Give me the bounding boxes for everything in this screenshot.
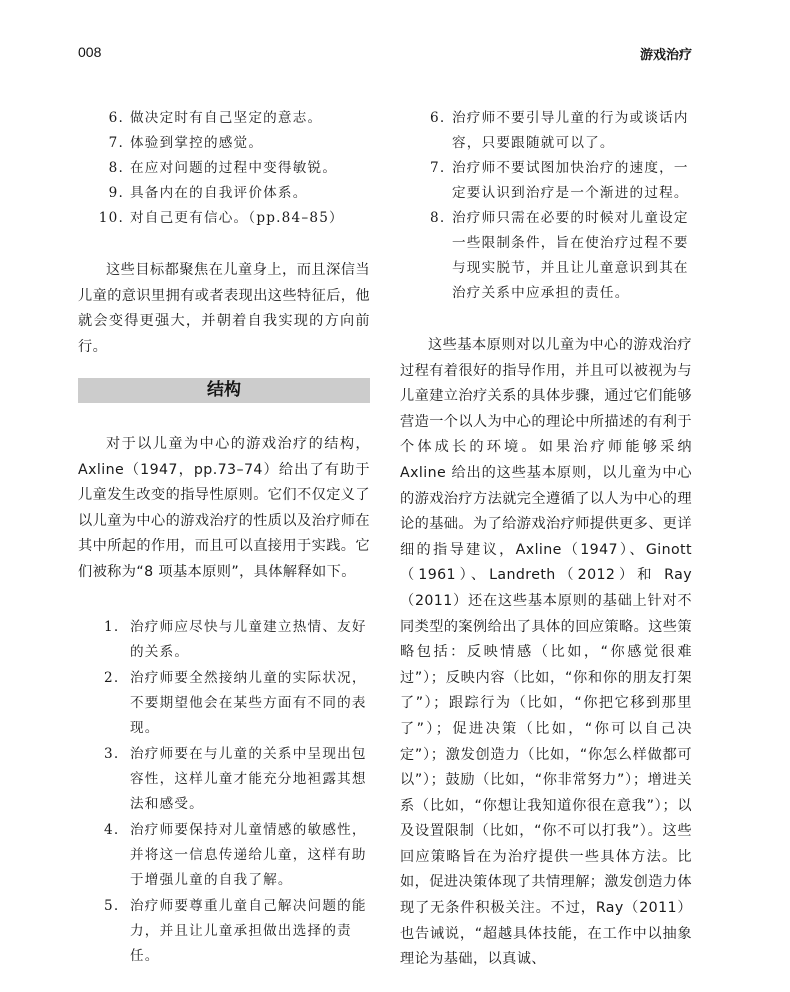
item-number: 8.	[430, 206, 452, 231]
list-item: 6.做决定时有自己坚定的意志。	[78, 106, 370, 131]
list-item: 3.治疗师要在与儿童的关系中呈现出包容性，这样儿童才能充分地袒露其想法和感受。	[78, 742, 370, 817]
item-text: 治疗师要保持对儿童情感的敏感性，并将这一信息传递给儿童，这样有助于增强儿童的自我…	[130, 818, 370, 893]
principles-list-part2: 6.治疗师不要引导儿童的行为或谈话内容，只要跟随就可以了。 7.治疗师不要试图加…	[400, 106, 692, 306]
list-item: 4.治疗师要保持对儿童情感的敏感性，并将这一信息传递给儿童，这样有助于增强儿童的…	[78, 818, 370, 893]
item-text: 具备内在的自我评价体系。	[130, 181, 370, 206]
list-item: 6.治疗师不要引导儿童的行为或谈话内容，只要跟随就可以了。	[400, 106, 692, 156]
section-heading-structure: 结构	[78, 378, 370, 403]
item-number: 6.	[78, 106, 124, 131]
item-number: 5.	[104, 894, 126, 919]
principles-list-part1: 1.治疗师应尽快与儿童建立热情、友好的关系。 2.治疗师要全然接纳儿童的实际状况…	[78, 615, 370, 970]
list-item: 9.具备内在的自我评价体系。	[78, 181, 370, 206]
paragraph-structure-intro: 对于以儿童为中心的游戏治疗的结构，Axline（1947，pp.73–74）给出…	[78, 432, 370, 586]
item-number: 9.	[78, 181, 124, 206]
item-number: 10.	[78, 206, 124, 231]
list-item: 10.对自己更有信心。（pp.84–85）	[78, 206, 370, 231]
item-number: 4.	[104, 818, 126, 843]
item-text: 对自己更有信心。（pp.84–85）	[130, 206, 370, 231]
page-number: 008	[78, 44, 101, 60]
item-text: 体验到掌控的感觉。	[130, 131, 370, 156]
item-text: 治疗师要尊重儿童自己解决问题的能力，并且让儿童承担做出选择的责任。	[130, 894, 370, 969]
running-title: 游戏治疗	[640, 44, 692, 63]
item-text: 做决定时有自己坚定的意志。	[130, 106, 370, 131]
item-number: 7.	[430, 156, 452, 181]
item-text: 治疗师不要引导儿童的行为或谈话内容，只要跟随就可以了。	[452, 106, 692, 156]
paragraph-response-strategies: 这些基本原则对以儿童为中心的游戏治疗过程有着很好的指导作用，并且可以被视为与儿童…	[400, 333, 692, 973]
item-text: 在应对问题的过程中变得敏锐。	[130, 156, 370, 181]
list-item: 7.体验到掌控的感觉。	[78, 131, 370, 156]
list-item: 1.治疗师应尽快与儿童建立热情、友好的关系。	[78, 615, 370, 665]
item-number: 7.	[78, 131, 124, 156]
list-item: 5.治疗师要尊重儿童自己解决问题的能力，并且让儿童承担做出选择的责任。	[78, 894, 370, 969]
paragraph-goals-summary: 这些目标都聚焦在儿童身上，而且深信当儿童的意识里拥有或者表现出这些特征后，他就会…	[78, 258, 370, 360]
list-item: 2.治疗师要全然接纳儿童的实际状况，不要期望他会在某些方面有不同的表现。	[78, 666, 370, 741]
goals-list: 6.做决定时有自己坚定的意志。 7.体验到掌控的感觉。 8.在应对问题的过程中变…	[78, 106, 370, 231]
item-text: 治疗师要全然接纳儿童的实际状况，不要期望他会在某些方面有不同的表现。	[130, 666, 370, 741]
item-number: 6.	[430, 106, 452, 131]
list-item: 8.在应对问题的过程中变得敏锐。	[78, 156, 370, 181]
item-text: 治疗师只需在必要的时候对儿童设定一些限制条件，旨在使治疗过程不要与现实脱节，并且…	[452, 206, 692, 306]
list-item: 7.治疗师不要试图加快治疗的速度，一定要认识到治疗是一个渐进的过程。	[400, 156, 692, 206]
item-text: 治疗师要在与儿童的关系中呈现出包容性，这样儿童才能充分地袒露其想法和感受。	[130, 742, 370, 817]
item-text: 治疗师不要试图加快治疗的速度，一定要认识到治疗是一个渐进的过程。	[452, 156, 692, 206]
list-item: 8.治疗师只需在必要的时候对儿童设定一些限制条件，旨在使治疗过程不要与现实脱节，…	[400, 206, 692, 306]
item-number: 1.	[104, 615, 126, 640]
item-number: 2.	[104, 666, 126, 691]
item-number: 8.	[78, 156, 124, 181]
item-text: 治疗师应尽快与儿童建立热情、友好的关系。	[130, 615, 370, 665]
item-number: 3.	[104, 742, 126, 767]
